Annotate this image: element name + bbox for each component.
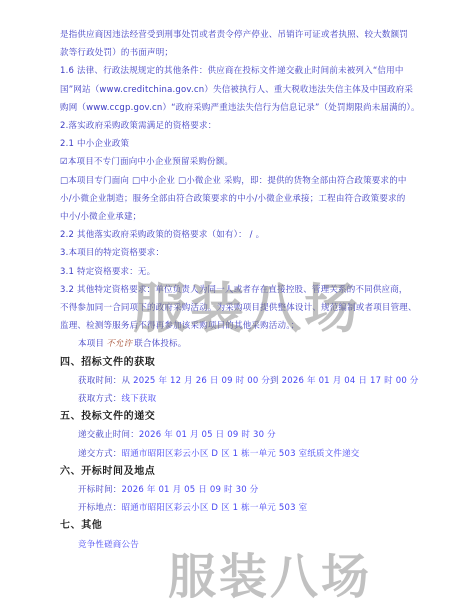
text-segment: 中小/小微企业承建； [60,212,141,222]
text-line: 是指供应商因违法经营受到刑事处罚或者责令停产停业、吊销许可证或者执照、较大数额罚 [60,26,402,44]
text-segment: ☑本项目不专门面向中小企业预留采购份额。 [60,157,233,167]
text-line: 开标时间：2026 年 01 月 05 日 09 时 30 分 [60,481,402,499]
text-line: □本项目专门面向 □中小企业 □小微企业 采购，即：提供的货物全部由符合政策要求… [60,172,402,190]
text-segment: 2025 年 12 月 26 日 09 时 00 分 [133,376,270,386]
document-body: 是指供应商因违法经营受到刑事处罚或者责令停产停业、吊销许可证或者执照、较大数额罚… [0,0,450,554]
text-segment: 昭通市昭阳区彩云小区 D 区 1 栋一单元 503 室纸质文件递交 [122,449,360,459]
section-heading: 四、招标文件的获取 [60,354,402,372]
text-segment: 联合体投标。 [134,339,186,349]
document-lines: 是指供应商因违法经营受到刑事处罚或者责令停产停业、吊销许可证或者执照、较大数额罚… [60,26,402,554]
text-segment: 开标地点： [78,503,122,513]
text-segment: 线下获取 [122,394,157,404]
text-segment: 1.6 法律、行政法规规定的其他条件：供应商在投标文件递交截止时间前未被列入“信… [60,66,404,76]
text-segment: 2026 年 01 月 05 日 09 时 30 分 [122,485,259,495]
text-line: 不得参加同一合同项下的政府采购活动。为采购项目提供整体设计、规范编制或者项目管理… [60,299,402,317]
text-segment: 昭通市昭阳区彩云小区 D 区 1 栋一单元 503 室 [122,503,308,513]
text-segment: 2026 年 01 月 05 日 09 时 30 分 [139,430,276,440]
text-segment: 购网（www.ccgp.gov.cn）“政府采购严重违法失信行为信息记录”（处罚… [60,103,420,113]
document-page: { "document": { "watermark": { "text": "… [0,0,450,600]
text-line: 中小/小微企业承建； [60,208,402,226]
text-line: 竞争性磋商公告 [60,536,402,554]
watermark: 服装八场 [168,553,372,600]
text-line: 国”网站（www.creditchina.gov.cn）失信被执行人、重大税收违… [60,81,402,99]
text-segment: 2.2 其他落实政府采购政策的资格要求（如有）： / 。 [60,230,264,240]
text-segment: 2.1 中小企业政策 [60,139,129,149]
text-segment: 国”网站（www.creditchina.gov.cn）失信被执行人、重大税收违… [60,85,413,95]
text-segment: 递交方式： [78,449,122,459]
text-segment: 不得参加同一合同项下的政府采购活动。为采购项目提供整体设计、规范编制或者项目管理… [60,303,417,313]
text-segment: 2.落实政府采购政策需满足的资格要求： [60,121,216,131]
text-line: 款等行政处罚）的书面声明； [60,44,402,62]
text-segment: 监理、检测等服务后不得再参加该采购项目的其他采购活动。； [60,321,299,331]
text-segment: 3.本项目的特定资格要求： [60,248,164,258]
text-line: 购网（www.ccgp.gov.cn）“政府采购严重违法失信行为信息记录”（处罚… [60,99,402,117]
text-segment: 3.2 其他特定资格要求：单位负责人为同一人或者存在直接控股、管理关系的不同供应… [60,285,408,295]
text-segment: 小/小微企业制造；服务全部由符合政策要求的中小/小微企业承接；工程由符合政策要求… [60,194,405,204]
text-segment: 六、开标时间及地点 [60,466,155,477]
text-line: 开标地点：昭通市昭阳区彩云小区 D 区 1 栋一单元 503 室 [60,499,402,517]
text-line: 2.落实政府采购政策需满足的资格要求： [60,117,402,135]
section-heading: 七、其他 [60,517,402,535]
text-segment: 开标时间： [78,485,122,495]
text-line: ☑本项目不专门面向中小企业预留采购份额。 [60,153,402,171]
notice-link[interactable]: 竞争性磋商公告 [78,540,139,550]
text-segment: 不允许 [104,339,134,349]
text-line: 2.2 其他落实政府采购政策的资格要求（如有）： / 。 [60,226,402,244]
text-line: 3.1 特定资格要求：无。 [60,263,402,281]
text-segment: 获取方式： [78,394,122,404]
text-segment: 2026 年 01 月 04 日 17 时 00 分 [282,376,419,386]
text-line: 递交方式：昭通市昭阳区彩云小区 D 区 1 栋一单元 503 室纸质文件递交 [60,445,402,463]
text-line: 1.6 法律、行政法规规定的其他条件：供应商在投标文件递交截止时间前未被列入“信… [60,62,402,80]
text-line: 3.本项目的特定资格要求： [60,244,402,262]
text-segment: 七、其他 [60,520,102,531]
text-segment: 是指供应商因违法经营受到刑事处罚或者责令停产停业、吊销许可证或者执照、较大数额罚 [60,30,408,40]
section-heading: 六、开标时间及地点 [60,463,402,481]
text-line: 小/小微企业制造；服务全部由符合政策要求的中小/小微企业承接；工程由符合政策要求… [60,190,402,208]
text-segment: 本项目 [78,339,104,349]
text-line: 获取时间：从 2025 年 12 月 26 日 09 时 00 分到 2026 … [60,372,402,390]
text-segment: 递交截止时间： [78,430,139,440]
text-line: 监理、检测等服务后不得再参加该采购项目的其他采购活动。； [60,317,402,335]
text-segment: 获取时间：从 [78,376,133,386]
text-segment: 3.1 特定资格要求：无。 [60,267,155,277]
text-segment: 五、投标文件的递交 [60,411,155,422]
text-segment: □本项目专门面向 □中小企业 □小微企业 采购，即：提供的货物全部由符合政策要求… [60,176,407,186]
section-heading: 五、投标文件的递交 [60,408,402,426]
text-line: 本项目不允许联合体投标。 [60,335,402,353]
text-line: 2.1 中小企业政策 [60,135,402,153]
text-line: 3.2 其他特定资格要求：单位负责人为同一人或者存在直接控股、管理关系的不同供应… [60,281,402,299]
text-segment: 款等行政处罚）的书面声明； [60,48,173,58]
text-segment: 到 [270,376,282,386]
text-segment: 四、招标文件的获取 [60,357,155,368]
text-line: 获取方式：线下获取 [60,390,402,408]
text-line: 递交截止时间：2026 年 01 月 05 日 09 时 30 分 [60,426,402,444]
